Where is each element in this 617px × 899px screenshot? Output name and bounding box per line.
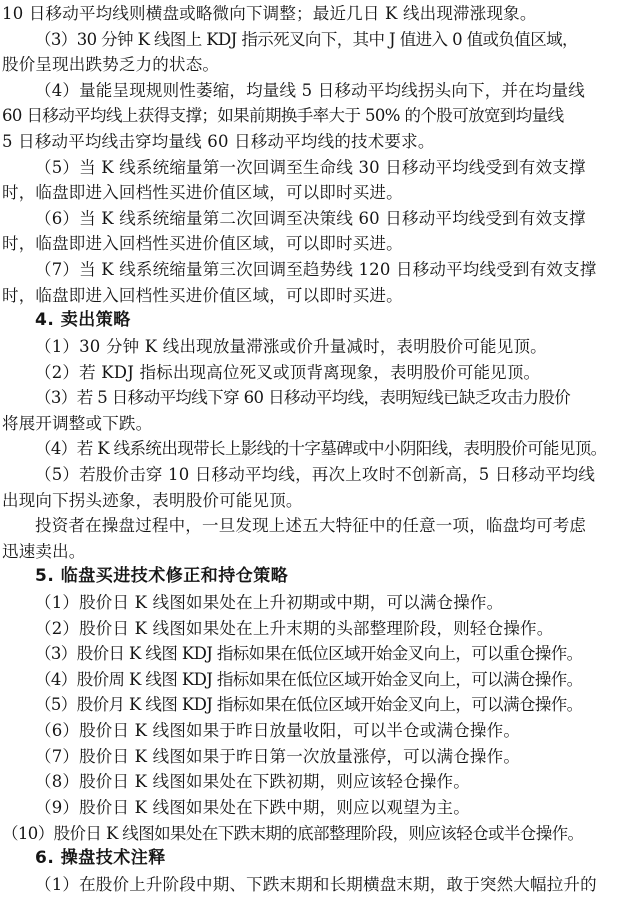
text-line: （2）股价日 K 线图如果处在上升末期的头部整理阶段，则轻仓操作。 bbox=[2, 616, 615, 642]
section-heading: 4. 卖出策略 bbox=[2, 308, 615, 334]
text-line: 将展开调整或下跌。 bbox=[2, 411, 615, 437]
text-line: （6）当 K 线系统缩量第二次回调至决策线 60 日移动平均线受到有效支撑 bbox=[2, 206, 615, 232]
text-line: （1）股价日 K 线图如果处在上升初期或中期，可以满仓操作。 bbox=[2, 590, 615, 616]
text-line: （10）股价日 K 线图如果处在下跌末期的底部整理阶段，则应该轻仓或半仓操作。 bbox=[2, 821, 615, 847]
section-heading: 5. 临盘买进技术修正和持仓策略 bbox=[2, 564, 615, 590]
text-line: 10 日移动平均线则横盘或略微向下调整；最近几日 K 线出现滞涨现象。 bbox=[2, 1, 615, 27]
text-line: （7）股价日 K 线图如果于昨日第一次放量涨停，可以满仓操作。 bbox=[2, 744, 615, 770]
text-line: （3）30 分钟 K 线图上 KDJ 指示死叉向下，其中 J 值进入 0 值或负… bbox=[2, 27, 615, 53]
text-line: 5 日移动平均线击穿均量线 60 日移动平均线的技术要求。 bbox=[2, 129, 615, 155]
text-line: （8）股价日 K 线图如果处在下跌初期，则应该轻仓操作。 bbox=[2, 769, 615, 795]
text-line: 时，临盘即进入回档性买进价值区域，可以即时买进。 bbox=[2, 180, 615, 206]
text-line: （4）若 K 线系统出现带长上影线的十字墓碑或中小阴阳线，表明股价可能见顶。 bbox=[2, 436, 615, 462]
text-line: （4）股价周 K 线图 KDJ 指标如果在低位区域开始金叉向上，可以满仓操作。 bbox=[2, 667, 615, 693]
document-page: 10 日移动平均线则横盘或略微向下调整；最近几日 K 线出现滞涨现象。（3）30… bbox=[0, 0, 617, 899]
text-line: 60 日移动平均线上获得支撑；如果前期换手率大于 50% 的个股可放宽到均量线 bbox=[2, 103, 615, 129]
text-line: （5）股价月 K 线图 KDJ 指标如果在低位区域开始金叉向上，可以满仓操作。 bbox=[2, 692, 615, 718]
text-line: （2）若 KDJ 指标出现高位死叉或顶背离现象，表明股价可能见顶。 bbox=[2, 360, 615, 386]
text-line: （5）若股价击穿 10 日移动平均线，再次上攻时不创新高，5 日移动平均线 bbox=[2, 462, 615, 488]
text-line: 出现向下拐头迹象，表明股价可能见顶。 bbox=[2, 488, 615, 514]
text-line: （5）当 K 线系统缩量第一次回调至生命线 30 日移动平均线受到有效支撑 bbox=[2, 155, 615, 181]
text-line: 股价呈现出跌势乏力的状态。 bbox=[2, 52, 615, 78]
text-line: （6）股价日 K 线图如果于昨日放量收阳，可以半仓或满仓操作。 bbox=[2, 718, 615, 744]
text-line: （1）30 分钟 K 线出现放量滞涨或价升量减时，表明股价可能见顶。 bbox=[2, 334, 615, 360]
text-line: （3）若 5 日移动平均线下穿 60 日移动平均线，表明短线已缺乏攻击力股价 bbox=[2, 385, 615, 411]
text-line: （3）股价日 K 线图 KDJ 指标如果在低位区域开始金叉向上，可以重仓操作。 bbox=[2, 641, 615, 667]
text-line: （1）在股价上升阶段中期、下跌末期和长期横盘末期，敢于突然大幅拉升的 bbox=[2, 872, 615, 898]
text-line: 迅速卖出。 bbox=[2, 539, 615, 565]
section-heading: 6. 操盘技术注释 bbox=[2, 846, 615, 872]
text-line: （9）股价日 K 线图如果处在下跌中期，则应以观望为主。 bbox=[2, 795, 615, 821]
text-line: 时，临盘即进入回档性买进价值区域，可以即时买进。 bbox=[2, 283, 615, 309]
text-body: 10 日移动平均线则横盘或略微向下调整；最近几日 K 线出现滞涨现象。（3）30… bbox=[2, 1, 615, 897]
text-line: （7）当 K 线系统缩量第三次回调至趋势线 120 日移动平均线受到有效支撑 bbox=[2, 257, 615, 283]
text-line: 投资者在操盘过程中，一旦发现上述五大特征中的任意一项，临盘均可考虑 bbox=[2, 513, 615, 539]
text-line: 时，临盘即进入回档性买进价值区域，可以即时买进。 bbox=[2, 231, 615, 257]
text-line: （4）量能呈现规则性萎缩，均量线 5 日移动平均线拐头向下，并在均量线 bbox=[2, 78, 615, 104]
